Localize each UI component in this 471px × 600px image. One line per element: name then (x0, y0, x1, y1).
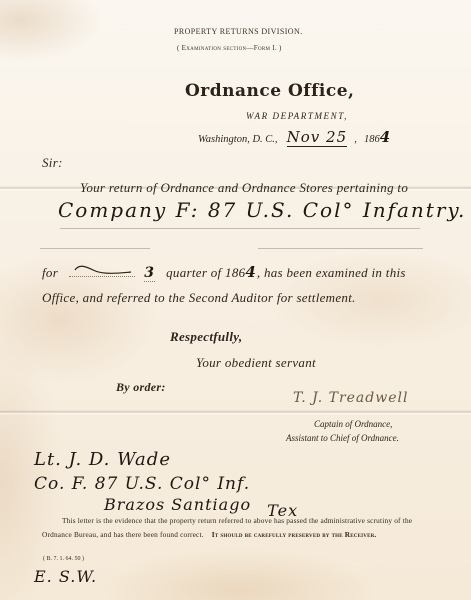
for-label: for (42, 265, 58, 280)
body-line-3: for 3 quarter of 1864, has been examined… (42, 262, 406, 281)
body-line-4: Office, and referred to the Second Audit… (42, 290, 356, 306)
pen-flourish-icon (73, 264, 133, 276)
addressee-location: Brazos Santiago Tex (104, 495, 298, 514)
paper-fold-lower (0, 410, 471, 415)
respectfully: Respectfully, (170, 329, 242, 345)
form-code: ( B. 7. 1. 64. 50 ) (43, 556, 84, 562)
obedient-servant: Your obedient servant (196, 355, 316, 371)
footer-note-normal: Ordnance Bureau, and has there been foun… (42, 530, 204, 539)
addressee-name: Lt. J. D. Wade (34, 449, 171, 470)
blank-rule-right (258, 248, 423, 249)
footer-note-caps: It should be carefully preserved by the … (212, 530, 377, 539)
signature: T. J. Treadwell (293, 390, 408, 406)
body-line-1: Your return of Ordnance and Ordnance Sto… (80, 180, 408, 196)
handwritten-year-digit: 4 (380, 128, 391, 146)
quarter-year-digit: 4 (245, 263, 256, 281)
footer-note-line-1: This letter is the evidence that the pro… (62, 516, 412, 525)
quarter-number: 3 (144, 265, 155, 282)
section-subheader: ( Examination section—Form I. ) (177, 44, 282, 52)
examined-text: , has been examined in this (257, 265, 406, 280)
signer-title-1: Captain of Ordnance, (314, 419, 392, 429)
salutation: Sir: (42, 155, 63, 171)
printed-year: 186 (364, 134, 380, 145)
blank-rule-left (40, 248, 150, 249)
quarter-blank-with-flourish (69, 266, 135, 277)
addressee-unit: Co. F. 87 U.S. Col° Inf. (34, 474, 250, 494)
footer-note-line-2: Ordnance Bureau, and has there been foun… (42, 530, 376, 539)
handwritten-date: Nov 25 (287, 128, 348, 147)
department-label: WAR DEPARTMENT, (246, 111, 348, 121)
fill-in-rule (60, 228, 420, 229)
handwritten-unit: Company F: 87 U.S. Col° Infantry. (58, 198, 466, 222)
by-order: By order: (116, 380, 166, 395)
place-date-line: Washington, D. C., Nov 25 , 1864 (198, 127, 391, 146)
signer-title-2: Assistant to Chief of Ordnance. (286, 433, 399, 443)
quarter-text: quarter of 186 (166, 265, 245, 280)
office-title: Ordnance Office, (185, 81, 354, 101)
division-header: PROPERTY RETURNS DIVISION. (174, 27, 303, 36)
printed-place: Washington, D. C., (198, 134, 278, 145)
initials: E. S.W. (34, 567, 97, 586)
location-city: Brazos Santiago (104, 495, 251, 514)
